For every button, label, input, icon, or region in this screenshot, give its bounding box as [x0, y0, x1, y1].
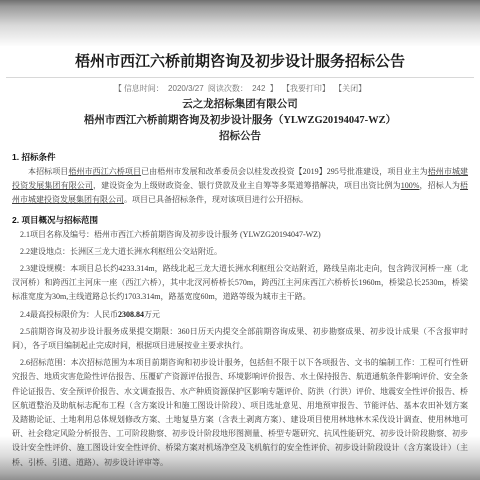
- text-segment: 已由梧州市发展和改革委员会以桂发改投资【2019】295号批准建设，项目业主为: [141, 167, 428, 176]
- text-segment: 100%: [401, 181, 420, 190]
- text-segment: ，建设资金为上级财政资金、银行贷款及业主自筹等多渠道筹措解决，项目出资比例为: [93, 181, 401, 190]
- text-segment: 2.3建设规模：本项目总长约4233.314m，路线北起三龙大道长洲水利枢纽公交…: [12, 264, 468, 301]
- paragraph: 2.6招标范围：本次招标范围为本项目前期咨询和初步设计服务，包括但不限于以下各项…: [12, 356, 468, 470]
- text-segment: 万元: [144, 310, 160, 319]
- text-segment: 2308.84: [118, 310, 144, 319]
- paragraph: 2.5前期咨询及初步设计服务成果提交期限：360日历天内提交全部前期咨询成果、初…: [12, 325, 468, 353]
- paragraph: 2.3建设规模：本项目总长约4233.314m，路线北起三龙大道长洲水利枢纽公交…: [12, 262, 468, 305]
- text-segment: 梧州市西江六桥项目: [68, 167, 141, 176]
- document-sections: 1. 招标条件本招标项目梧州市西江六桥项目已由梧州市发展和改革委员会以桂发改投资…: [12, 151, 468, 470]
- page-frame: 梧州市西江六桥前期咨询及初步设计服务招标公告 【信息时间： 2020/3/27 …: [0, 0, 480, 480]
- top-gradient-band: [0, 0, 480, 46]
- document-page: 梧州市西江六桥前期咨询及初步设计服务招标公告 【信息时间： 2020/3/27 …: [0, 46, 480, 473]
- text-segment: 2.4最高投标限价为：人民币: [20, 310, 118, 319]
- meta-reads-label: 阅读次数：: [208, 84, 248, 93]
- print-link[interactable]: 【我要打印】: [282, 84, 330, 93]
- notice-label: 招标公告: [12, 129, 468, 145]
- meta-bar: 【信息时间： 2020/3/27 阅读次数： 242 】 【我要打印】 【关闭】: [12, 78, 468, 97]
- text-segment: ，招标人为: [419, 181, 460, 190]
- meta-time-label: 信息时间：: [124, 84, 164, 93]
- project-subtitle: 梧州市西江六桥前期咨询及初步设计服务（YLWZG20194047-WZ）: [12, 113, 468, 129]
- paragraph: 2.1项目名称及编号：梧州市西江六桥前期咨询及初步设计服务 (YLWZG2019…: [12, 228, 468, 242]
- meta-open-bracket: 【: [114, 84, 122, 93]
- meta-close-bracket: 】: [270, 84, 278, 93]
- text-segment: 2.1项目名称及编号：梧州市西江六桥前期咨询及初步设计服务 (YLWZG2019…: [20, 230, 321, 239]
- text-segment: 2.6招标范围：本次招标范围为本项目前期咨询和初步设计服务，包括但不限于以下各项…: [12, 358, 468, 466]
- text-segment: 2.2建设地点：长洲区三龙大道长洲水利枢纽公交站附近。: [20, 247, 222, 256]
- company-name: 云之龙招标集团有限公司: [12, 97, 468, 113]
- meta-reads-count: 242: [252, 84, 265, 93]
- text-segment: 本招标项目: [28, 167, 68, 176]
- section-heading: 2. 项目概况与招标范围: [12, 214, 468, 226]
- text-segment: 。项目已具备招标条件，现对该项目进行公开招标。: [124, 195, 308, 204]
- paragraph: 2.4最高投标限价为：人民币2308.84万元: [12, 308, 468, 322]
- text-segment: 2.5前期咨询及初步设计服务成果提交期限：360日历天内提交全部前期咨询成果、初…: [12, 327, 468, 350]
- page-title: 梧州市西江六桥前期咨询及初步设计服务招标公告: [12, 53, 468, 71]
- section-heading: 1. 招标条件: [12, 151, 468, 163]
- close-link[interactable]: 【关闭】: [334, 84, 366, 93]
- meta-date: 2020/3/27: [168, 84, 204, 93]
- paragraph: 2.2建设地点：长洲区三龙大道长洲水利枢纽公交站附近。: [12, 245, 468, 259]
- paragraph: 本招标项目梧州市西江六桥项目已由梧州市发展和改革委员会以桂发改投资【2019】2…: [12, 165, 468, 208]
